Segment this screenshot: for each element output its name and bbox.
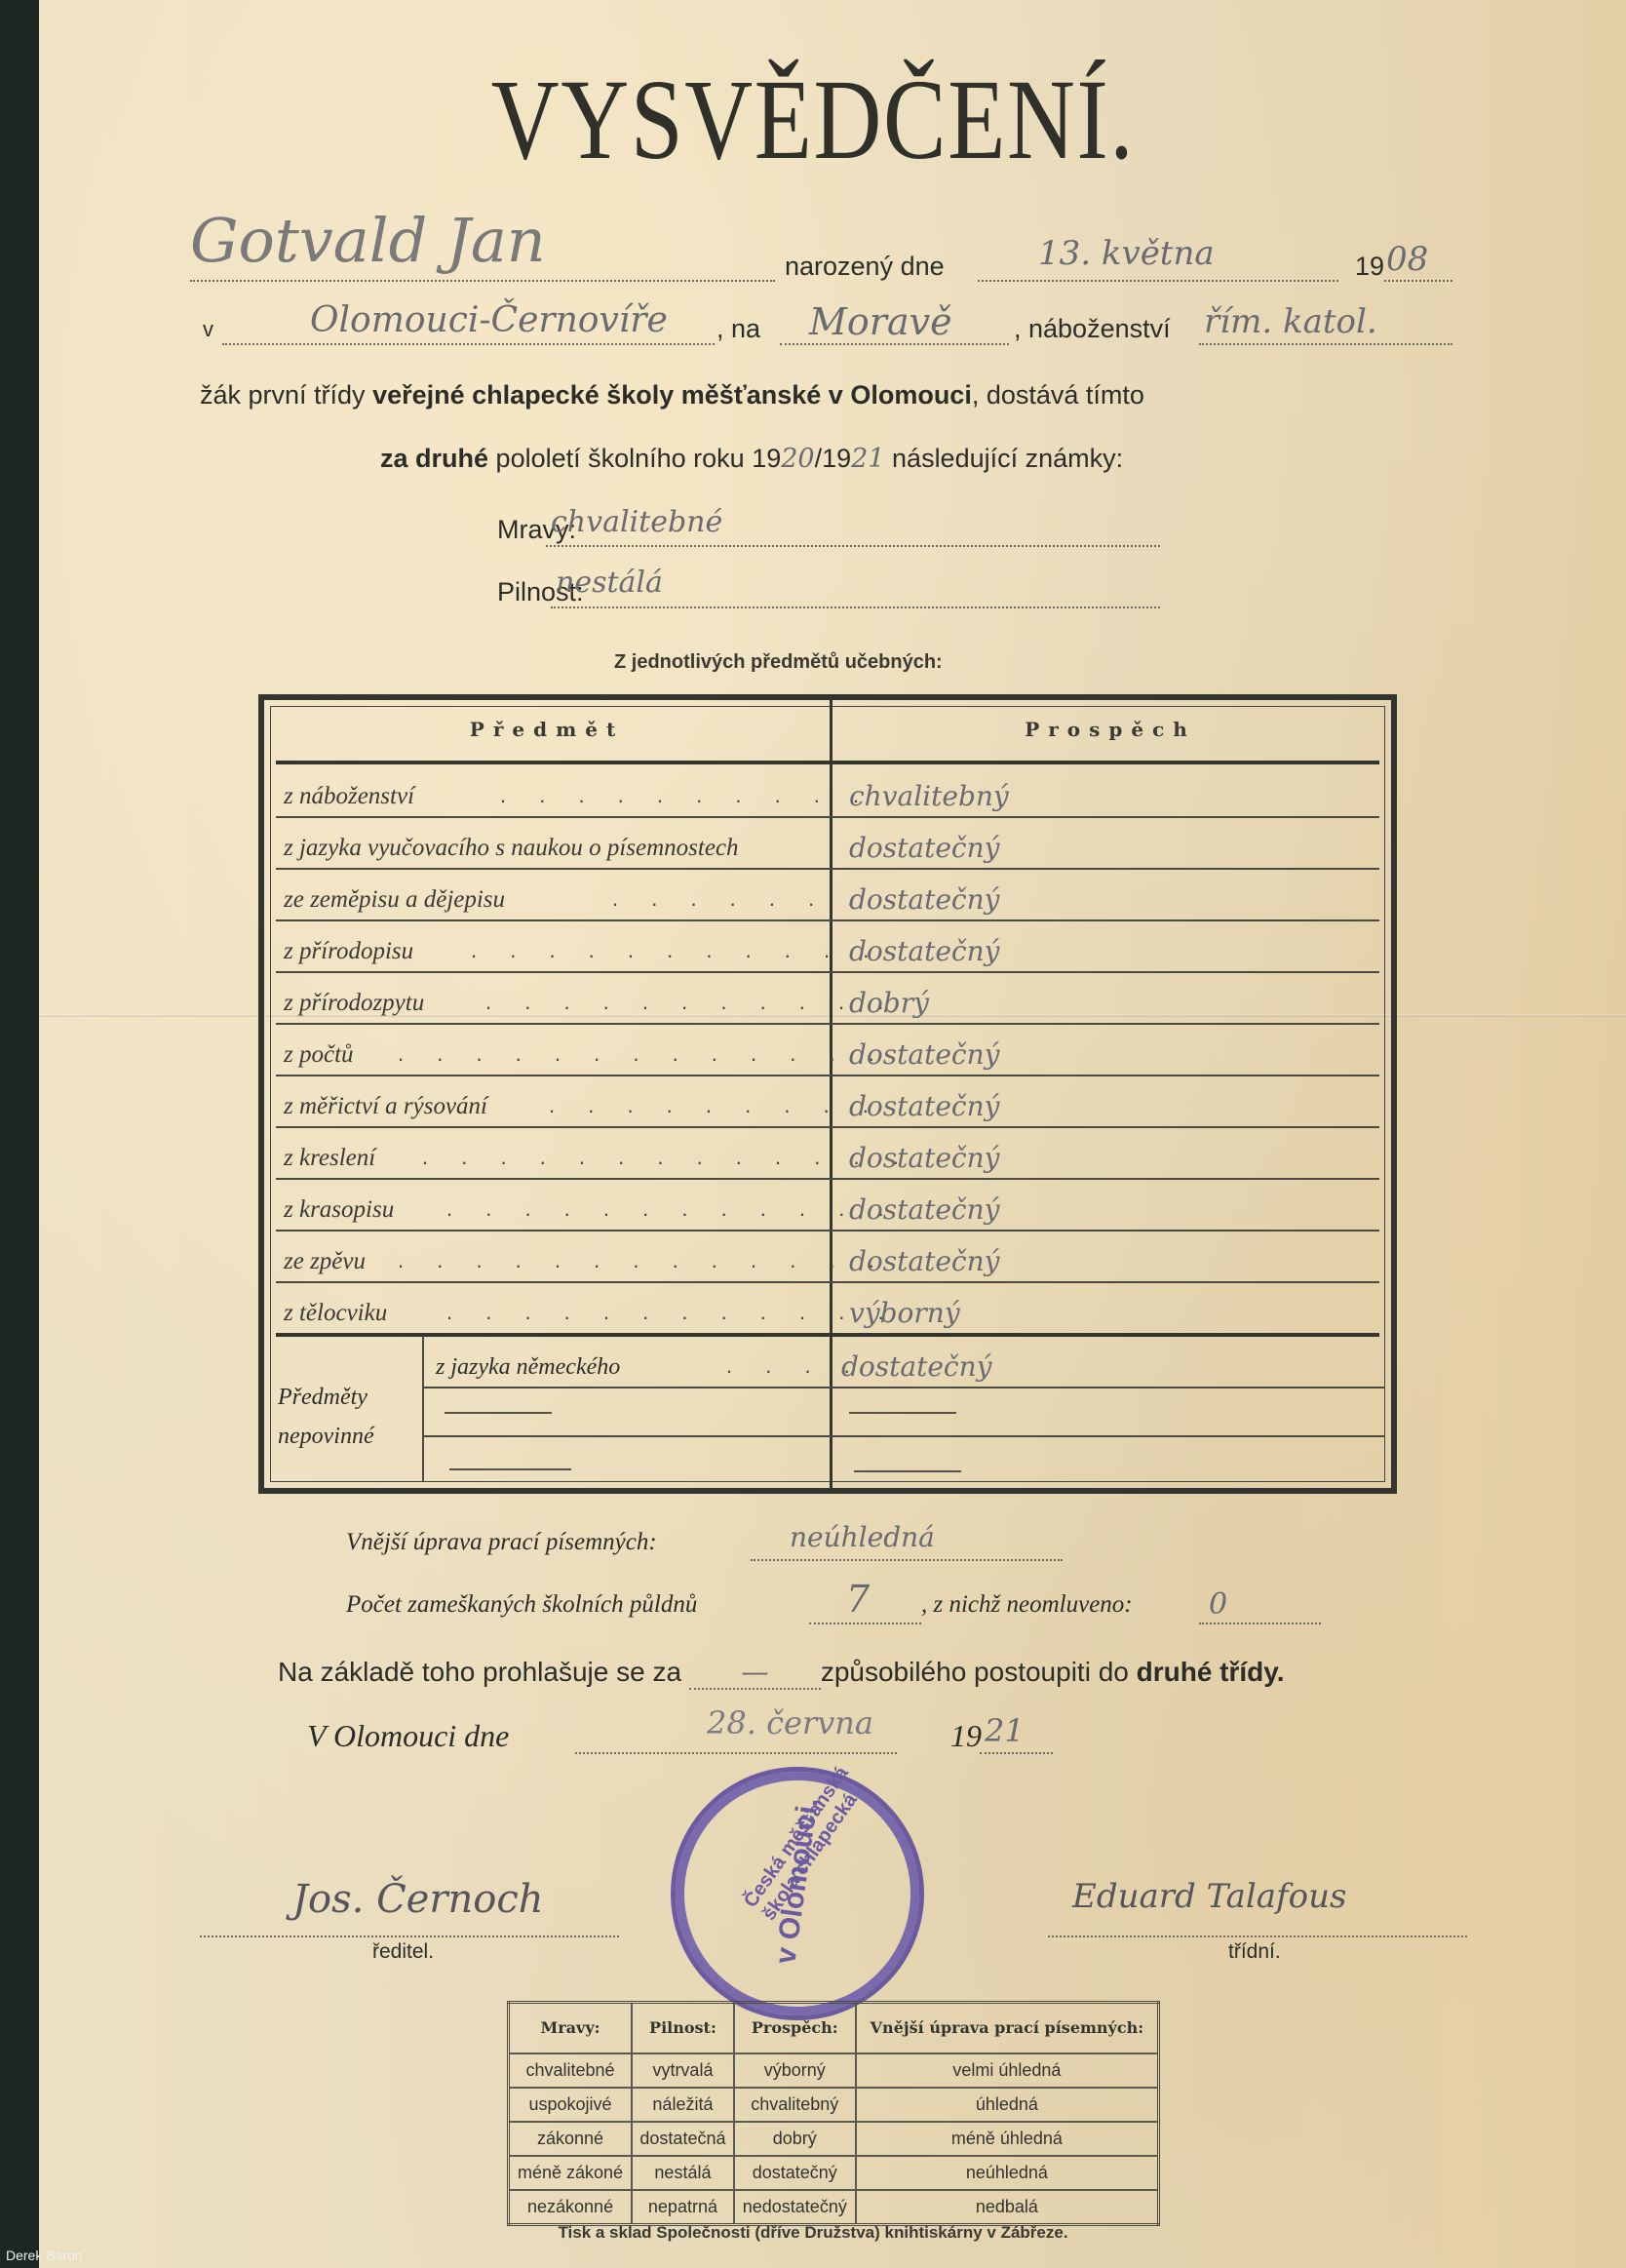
blank-line <box>854 1470 961 1472</box>
subject-name: z kreslení <box>284 1145 375 1172</box>
legend-cell: náležitá <box>632 2088 734 2122</box>
legend-cell: dostatečná <box>632 2122 734 2156</box>
subject-name: ze zpěvu <box>284 1248 366 1275</box>
subject-name: z krasopisu <box>284 1196 394 1224</box>
legend-cell: nestálá <box>632 2156 734 2190</box>
subject-grade: dostatečný <box>849 1193 999 1226</box>
birth-place: Olomouci-Černovíře <box>310 300 668 340</box>
subject-grade: výborný <box>849 1297 960 1329</box>
legend-cell: uspokojivé <box>509 2088 633 2122</box>
name-underline <box>190 278 775 282</box>
intro-school-year-label: pololetí školního roku 19 <box>496 444 782 473</box>
legend-cell: neúhledná <box>856 2156 1159 2190</box>
legend-cell: výborný <box>734 2053 856 2088</box>
grading-scale-table: Mravy: Pilnost: Prospěch: Vnější úprava … <box>507 2001 1160 2226</box>
subject-name: z počtů <box>284 1041 354 1069</box>
optional-subject-grade: dostatečný <box>841 1350 991 1383</box>
school-year-from: 20 <box>781 444 814 474</box>
issue-year-prefix: 19 <box>950 1718 982 1754</box>
promotion-text-a: Na základě toho prohlašuje se za <box>278 1657 681 1687</box>
absence-underline <box>809 1621 921 1624</box>
religion: řím. katol. <box>1204 302 1377 341</box>
subject-grade: dostatečný <box>849 832 999 864</box>
table-row: ze zeměpisu a dějepisu. . . . . . .dosta… <box>276 868 1379 921</box>
legend-header: Prospěch: <box>734 2003 856 2054</box>
dot-leaders: . . . . . . . . . . . <box>485 990 1374 1015</box>
legend-cell: nepatrná <box>632 2190 734 2225</box>
issue-year-suffix: 21 <box>985 1712 1025 1749</box>
unexcused-label: , z nichž neomluveno: <box>921 1591 1133 1619</box>
absence-value: 7 <box>846 1578 870 1621</box>
optional-row-rule <box>424 1435 1384 1437</box>
legend-row: chvalitebnévytrvalávýbornývelmi úhledná <box>509 2053 1159 2088</box>
optional-subjects-label-cell: Předměty nepovinné <box>276 1336 424 1482</box>
table-row: z jazyka vyučovacího s naukou o písemnos… <box>276 816 1379 870</box>
table-row: z přírodozpytu. . . . . . . . . . .dobrý <box>276 971 1379 1025</box>
religion-underline <box>1199 341 1452 345</box>
born-label: narozený dne <box>785 252 945 282</box>
subject-grade: dostatečný <box>849 883 999 916</box>
legend-row: méně zákonénestáládostatečnýneúhledná <box>509 2156 1159 2190</box>
school-stamp: Česká měšťanská škola chlapecká v Olomou… <box>671 1767 924 2020</box>
promotion-line: Na základě toho prohlašuje se za —způsob… <box>278 1656 1285 1690</box>
born-date: 13. května <box>1038 234 1215 273</box>
place-date-label: V Olomouci dne <box>307 1718 509 1754</box>
issue-year-underline <box>980 1750 1053 1754</box>
blank-line <box>449 1468 571 1470</box>
conduct-value: chvalitebné <box>551 505 722 539</box>
born-year-prefix: 19 <box>1355 252 1384 282</box>
grades-table: Předmět Prospěch z náboženství. . . . . … <box>258 694 1397 1494</box>
dot-leaders: . . . . <box>726 1353 1378 1379</box>
student-name: Gotvald Jan <box>190 205 546 276</box>
optional-table-row: z jazyka německého . . . . dostatečný <box>424 1336 1384 1388</box>
subject-name: z měřictví a rýsování <box>284 1093 487 1120</box>
legend-cell: chvalitebné <box>509 2053 633 2088</box>
optional-label-1: Předměty <box>278 1385 368 1411</box>
subject-grade: dostatečný <box>849 1090 999 1122</box>
legend-cell: velmi úhledná <box>856 2053 1159 2088</box>
table-row: ze zpěvu. . . . . . . . . . . . . .dosta… <box>276 1230 1379 1283</box>
table-row: z krasopisu. . . . . . . . . . . .dostat… <box>276 1178 1379 1232</box>
subject-grade: dostatečný <box>849 1038 999 1071</box>
intro-school: veřejné chlapecké školy měšťanské v Olom… <box>372 380 972 410</box>
intro-term: za druhé <box>380 444 488 473</box>
optional-subject-name: z jazyka německého <box>436 1354 620 1381</box>
issue-date: 28. června <box>707 1704 873 1741</box>
teacher-title: třídní. <box>1228 1940 1281 1964</box>
table-row: z tělocviku. . . . . . . . . . . .výborn… <box>276 1281 1379 1337</box>
director-signature: Jos. Černoch <box>292 1877 543 1922</box>
legend-cell: chvalitebný <box>734 2088 856 2122</box>
written-work-label: Vnější úprava prací písemných: <box>346 1529 657 1556</box>
conduct-underline <box>546 543 1160 547</box>
printer-footer: Tisk a sklad Společnosti (dříve Družstva… <box>0 2223 1626 2243</box>
region: Moravě <box>809 300 952 343</box>
school-year-sep: /19 <box>815 444 852 473</box>
diligence-value: nestálá <box>556 566 663 600</box>
director-signature-line <box>200 1934 619 1937</box>
subject-grade: chvalitebný <box>849 780 1009 812</box>
intro-line-2: za druhé pololetí školního roku 1920/192… <box>380 444 1123 474</box>
religion-label: , náboženství <box>1014 314 1171 344</box>
legend-row: zákonnédostatečnádobrýméně úhledná <box>509 2122 1159 2156</box>
table-row: z kreslení. . . . . . . . . . . . .dosta… <box>276 1126 1379 1180</box>
promotion-text-c: druhé třídy. <box>1137 1657 1285 1687</box>
watermark: Derek Baron <box>6 2248 83 2263</box>
legend-row: uspokojivénáležitáchvalitebnýúhledná <box>509 2088 1159 2122</box>
optional-label-2: nepovinné <box>278 1424 374 1450</box>
subject-name: z tělocviku <box>284 1300 387 1327</box>
school-year-to: 21 <box>851 444 884 474</box>
table-row: z počtů. . . . . . . . . . . . . .dostat… <box>276 1023 1379 1076</box>
written-work-underline <box>751 1557 1063 1561</box>
legend-cell: méně úhledná <box>856 2122 1159 2156</box>
born-year-suffix: 08 <box>1386 240 1428 279</box>
teacher-signature-line <box>1048 1934 1467 1937</box>
legend-cell: nezákonné <box>509 2190 633 2225</box>
subject-name: z přírodopisu <box>284 938 413 965</box>
legend-cell: nedostatečný <box>734 2190 856 2225</box>
region-label: , na <box>716 314 760 344</box>
subject-name: z náboženství <box>284 783 414 810</box>
place-prefix: v <box>203 317 213 342</box>
subject-name: ze zeměpisu a dějepisu <box>284 886 505 914</box>
blank-line <box>849 1412 956 1414</box>
header-grade: Prospěch <box>832 700 1388 759</box>
legend-header: Pilnost: <box>632 2003 734 2054</box>
legend-row: nezákonnénepatrnánedostatečnýnedbalá <box>509 2190 1159 2225</box>
intro-following: následující známky: <box>892 444 1123 473</box>
table-row: z náboženství. . . . . . . . . .chvalite… <box>276 764 1379 818</box>
legend-header: Mravy: <box>509 2003 633 2054</box>
promotion-text-b: způsobilého postoupiti do <box>821 1657 1129 1687</box>
legend-cell: méně zákoné <box>509 2156 633 2190</box>
legend-cell: vytrvalá <box>632 2053 734 2088</box>
blank-line <box>445 1412 552 1414</box>
unexcused-value: 0 <box>1209 1587 1227 1622</box>
subjects-heading: Z jednotlivých předmětů učebných: <box>614 651 943 674</box>
born-date-underline <box>978 278 1338 282</box>
intro-class: žák první třídy <box>200 380 366 410</box>
intro-line-1: žák první třídy veřejné chlapecké školy … <box>200 380 1144 411</box>
absence-label: Počet zameškaných školních půldnů <box>346 1591 697 1619</box>
legend-cell: zákonné <box>509 2122 633 2156</box>
teacher-signature: Eduard Talafous <box>1072 1877 1346 1916</box>
legend-cell: nedbalá <box>856 2190 1159 2225</box>
promotion-blank: — <box>689 1656 821 1690</box>
subject-name: z jazyka vyučovacího s naukou o písemnos… <box>284 835 739 862</box>
written-work-value: neúhledná <box>790 1521 935 1553</box>
subject-grade: dostatečný <box>849 935 999 967</box>
subject-name: z přírodozpytu <box>284 990 424 1017</box>
diligence-underline <box>551 605 1160 608</box>
legend-header-row: Mravy: Pilnost: Prospěch: Vnější úprava … <box>509 2003 1159 2054</box>
legend-cell: dostatečný <box>734 2156 856 2190</box>
subject-grade: dostatečný <box>849 1142 999 1174</box>
legend-cell: úhledná <box>856 2088 1159 2122</box>
table-row: z měřictví a rýsování. . . . . . . . .do… <box>276 1075 1379 1128</box>
intro-receives: , dostává tímto <box>972 380 1144 410</box>
table-row: z přírodopisu. . . . . . . . . . .dostat… <box>276 919 1379 973</box>
legend-header: Vnější úprava prací písemných: <box>856 2003 1159 2054</box>
subject-grade: dostatečný <box>849 1245 999 1277</box>
subject-grade: dobrý <box>849 987 929 1019</box>
header-subject: Předmět <box>264 700 830 759</box>
document-title: VYSVĚDČENÍ. <box>146 54 1480 186</box>
legend-cell: dobrý <box>734 2122 856 2156</box>
place-underline <box>222 341 715 345</box>
director-title: ředitel. <box>372 1940 434 1964</box>
